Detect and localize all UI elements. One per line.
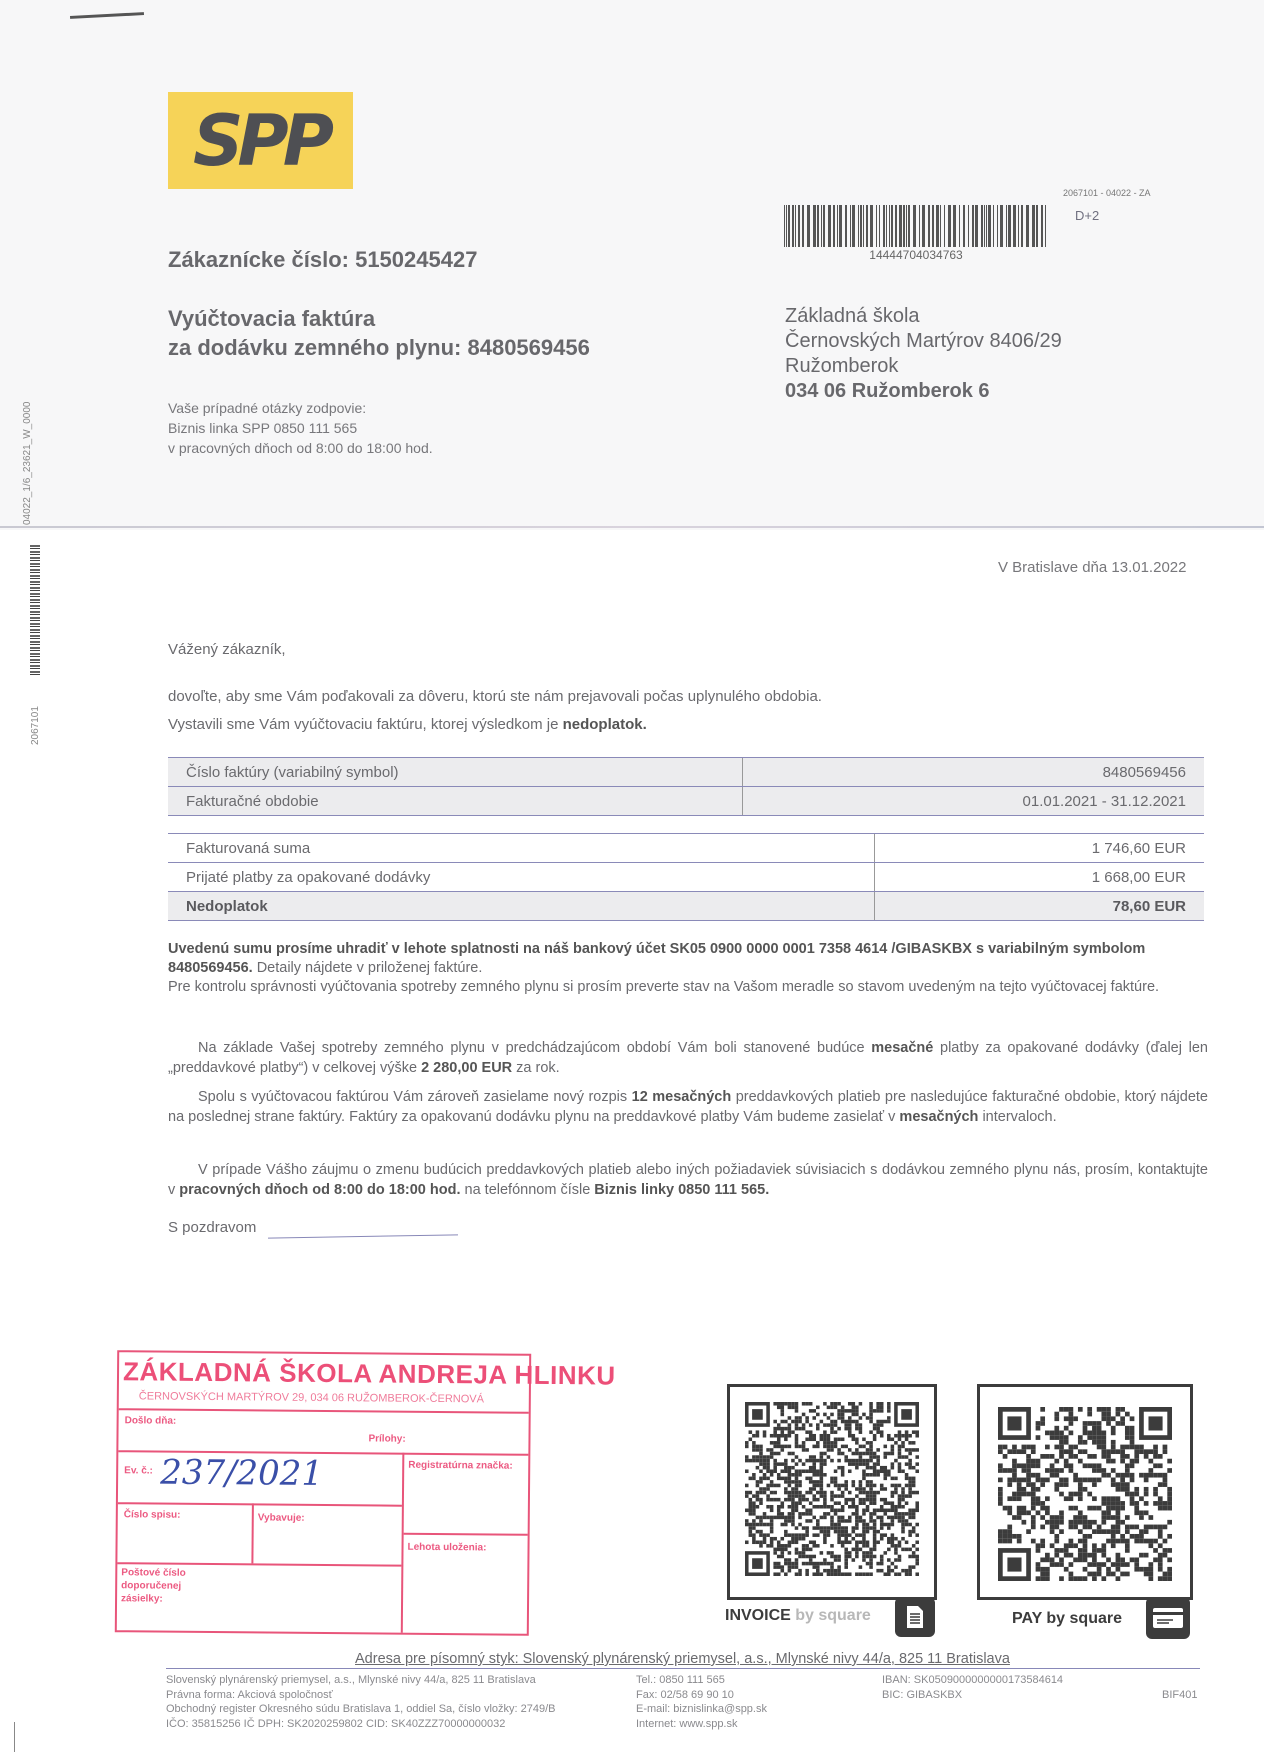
form-code: BIF401 bbox=[1162, 1688, 1197, 1703]
registry-stamp: ZÁKLADNÁ ŠKOLA ANDREJA HLINKU ČERNOVSKÝC… bbox=[115, 1350, 531, 1636]
payment-instructions: Uvedenú sumu prosíme uhradiť v lehote sp… bbox=[168, 940, 1208, 997]
recipient-name: Základná škola bbox=[785, 304, 1062, 329]
table-row: Prijaté platby za opakované dodávky1 668… bbox=[168, 863, 1204, 892]
footer-email[interactable]: E-mail: biznislinka@spp.sk bbox=[636, 1702, 767, 1717]
side-barcode bbox=[30, 545, 40, 675]
stamp-ev-label: Ev. č.: bbox=[124, 1464, 153, 1477]
scan-corner-mark bbox=[14, 1722, 27, 1752]
contact-line: Vaše prípadné otázky zodpovie: bbox=[168, 398, 433, 418]
meter-check-text: Pre kontrolu správnosti vyúčtovania spot… bbox=[168, 978, 1208, 997]
amounts-table: Fakturovaná suma1 746,60 EUR Prijaté pla… bbox=[168, 833, 1204, 921]
side-code: 04022_1/6_23621_W_0000 bbox=[22, 370, 46, 530]
paragraph-advance-payments: Na základe Vašej spotreby zemného plynu … bbox=[168, 1038, 1208, 1078]
stamp-received-label: Došlo dňa: bbox=[125, 1414, 177, 1427]
intro-text: dovoľte, aby sme Vám poďakovali za dôver… bbox=[168, 683, 822, 739]
spp-logo: SPP bbox=[168, 92, 353, 189]
pay-qr-frame bbox=[977, 1384, 1193, 1600]
closing: S pozdravom bbox=[168, 1219, 256, 1236]
recipient-street: Černovských Martýrov 8406/29 bbox=[785, 329, 1062, 354]
stamp-handles-label: Vybavuje: bbox=[258, 1511, 305, 1524]
barcode-number: 14444704034763 bbox=[784, 248, 1048, 262]
paragraph-schedule: Spolu s vyúčtovacou faktúrou Vám zároveň… bbox=[168, 1087, 1208, 1127]
table-row: Fakturačné obdobie01.01.2021 - 31.12.202… bbox=[168, 787, 1204, 816]
table-row: Fakturovaná suma1 746,60 EUR bbox=[168, 834, 1204, 863]
stamp-title: ZÁKLADNÁ ŠKOLA ANDREJA HLINKU bbox=[123, 1356, 616, 1391]
footer-bank-info: IBAN: SK0509000000000173584614 BIC: GIBA… bbox=[882, 1673, 1063, 1702]
place-date: V Bratislave dňa 13.01.2022 bbox=[998, 559, 1186, 576]
card-icon bbox=[1146, 1597, 1190, 1639]
contact-info: Vaše prípadné otázky zodpovie: Biznis li… bbox=[168, 398, 433, 458]
pay-by-square-label: PAY by square bbox=[1012, 1610, 1122, 1628]
footer-divider bbox=[166, 1668, 1200, 1669]
intro-line-2: Vystavili sme Vám vyúčtovaciu faktúru, k… bbox=[168, 711, 822, 739]
contact-line: Biznis linka SPP 0850 111 565 bbox=[168, 418, 433, 438]
table-row: Číslo faktúry (variabilný symbol)8480569… bbox=[168, 758, 1204, 787]
greeting: Vážený zákazník, bbox=[168, 641, 286, 658]
stamp-file-no-label: Číslo spisu: bbox=[124, 1508, 181, 1521]
stamp-subtitle: ČERNOVSKÝCH MARTÝROV 29, 034 06 RUŽOMBER… bbox=[139, 1390, 484, 1405]
paragraph-contact: V prípade Vášho záujmu o zmenu budúcich … bbox=[168, 1160, 1208, 1200]
recipient-address: Základná škola Černovských Martýrov 8406… bbox=[785, 304, 1062, 404]
customer-number: Zákaznícke číslo: 5150245427 bbox=[168, 247, 477, 273]
signature-line bbox=[268, 1234, 458, 1238]
stamp-attachments-label: Prílohy: bbox=[368, 1432, 405, 1445]
stamp-reg-mark-label: Registratúrna značka: bbox=[408, 1459, 513, 1473]
stamp-storage-label: Lehota uloženia: bbox=[407, 1541, 517, 1555]
table-row-total: Nedoplatok78,60 EUR bbox=[168, 892, 1204, 921]
title-line-2: za dodávku zemného plynu: 8480569456 bbox=[168, 333, 590, 362]
recipient-postcode: 034 06 Ružomberok 6 bbox=[785, 379, 1062, 404]
title-line-1: Vyúčtovacia faktúra bbox=[168, 304, 590, 333]
pay-qr-code[interactable] bbox=[998, 1407, 1172, 1581]
recipient-city: Ružomberok bbox=[785, 354, 1062, 379]
invoice-qr-frame bbox=[727, 1384, 937, 1600]
document-icon bbox=[895, 1597, 935, 1637]
stamp-postal-label: Poštové číslo doporučenej zásielky: bbox=[121, 1566, 201, 1606]
footer-company-info: Slovenský plynárenský priemysel, a.s., M… bbox=[166, 1673, 556, 1731]
document-title: Vyúčtovacia faktúra za dodávku zemného p… bbox=[168, 304, 590, 362]
delivery-code: D+2 bbox=[1075, 208, 1099, 223]
reference-code: 2067101 - 04022 - ZA bbox=[1063, 188, 1151, 198]
invoice-info-table: Číslo faktúry (variabilný symbol)8480569… bbox=[168, 757, 1204, 816]
stamp-ev-handwritten: 237/2021 bbox=[160, 1453, 323, 1494]
footer-website[interactable]: Internet: www.spp.sk bbox=[636, 1717, 767, 1732]
side-number: 2067101 bbox=[30, 745, 69, 756]
invoice-qr-code[interactable] bbox=[745, 1402, 919, 1576]
contact-line: v pracovných dňoch od 8:00 do 18:00 hod. bbox=[168, 438, 433, 458]
intro-line-1: dovoľte, aby sme Vám poďakovali za dôver… bbox=[168, 683, 822, 711]
invoice-by-square-label: INVOICE by square bbox=[725, 1607, 871, 1625]
barcode bbox=[784, 205, 1048, 247]
footer-contact-info: Tel.: 0850 111 565 Fax: 02/58 69 90 10 E… bbox=[636, 1673, 767, 1731]
footer-heading: Adresa pre písomný styk: Slovenský plyná… bbox=[355, 1651, 1010, 1667]
fold-line bbox=[0, 526, 1264, 528]
payment-text: Uvedenú sumu prosíme uhradiť v lehote sp… bbox=[168, 940, 1208, 978]
